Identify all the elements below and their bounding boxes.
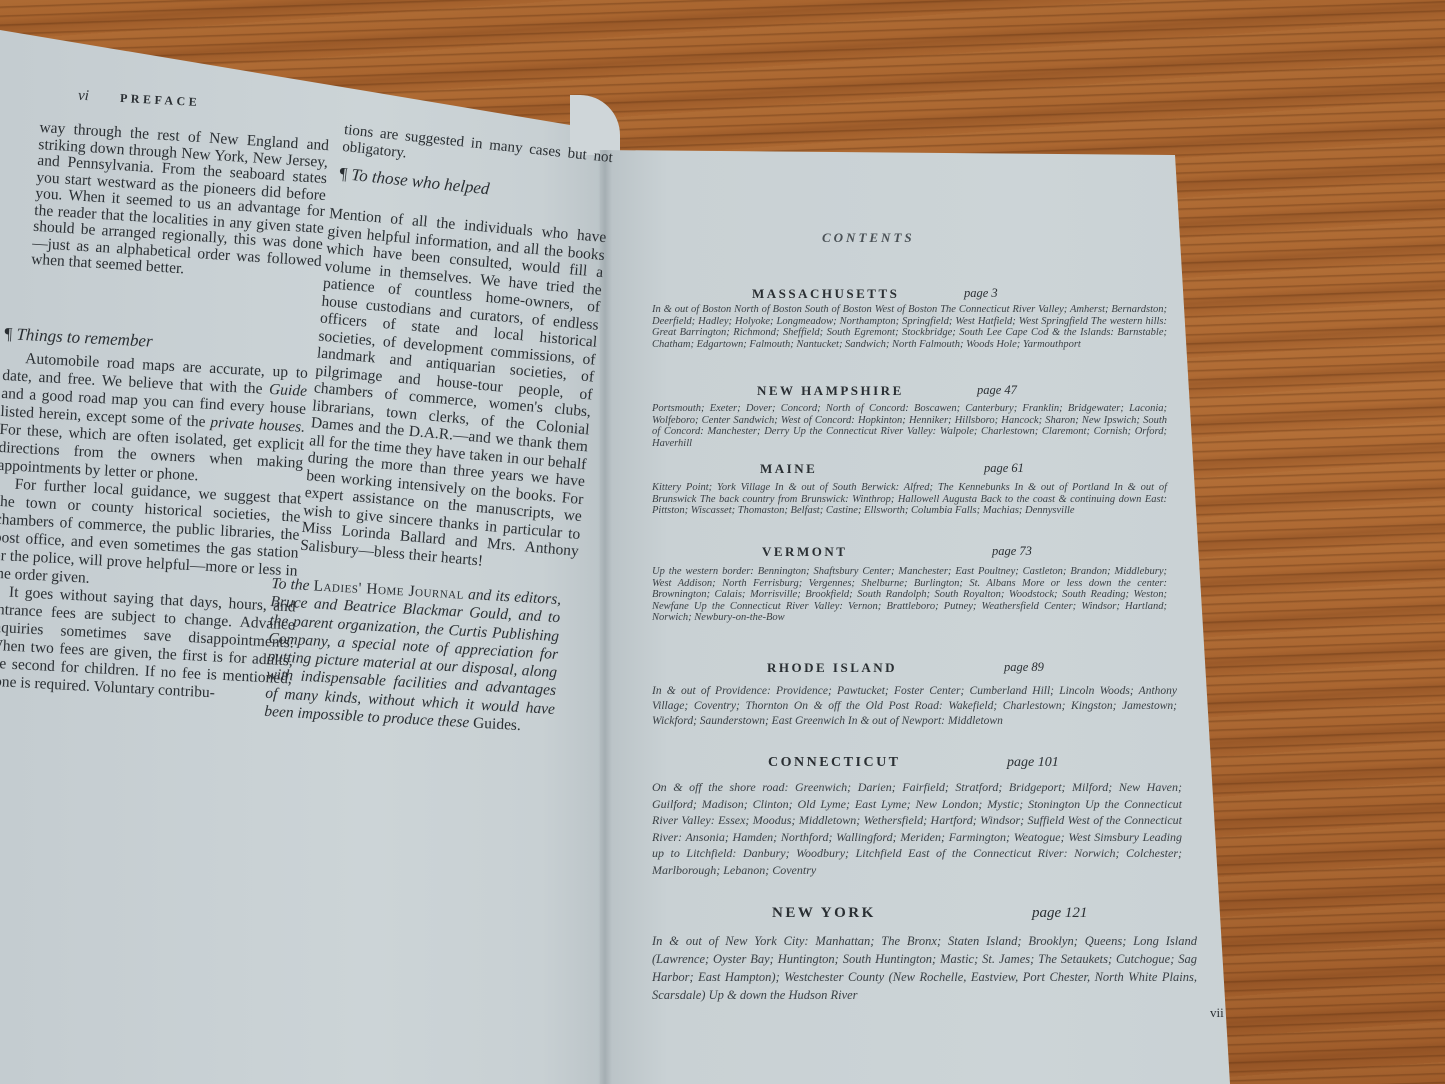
- paragraph-local-guidance: For further local guidance, we suggest t…: [0, 475, 302, 599]
- contents-title: CONTENTS: [822, 230, 915, 246]
- ladies-home-journal-paragraph: To the Ladies' Home Journal and its edit…: [264, 575, 562, 737]
- things-to-remember-section: ¶ Things to remember Automobile road map…: [0, 325, 310, 706]
- toc-entries-new-hampshire: Portsmouth; Exeter; Dover; Concord; Nort…: [652, 403, 1167, 449]
- toc-entries-maine: Kittery Point; York Village In & out of …: [652, 482, 1167, 517]
- preface-paragraph: way through the rest of New England and …: [31, 120, 330, 286]
- right-page-number: vii: [1210, 1005, 1224, 1021]
- preface-column-1-top: way through the rest of New England and …: [31, 120, 330, 286]
- toc-entries-rhode-island: In & out of Providence: Providence; Pawt…: [652, 684, 1177, 729]
- toc-entries-vermont: Up the western border: Bennington; Shaft…: [652, 566, 1167, 624]
- paragraph-road-maps: Automobile road maps are accurate, up to…: [0, 349, 308, 491]
- toc-entries-massachusetts: In & out of Boston North of Boston South…: [652, 304, 1167, 350]
- toc-entries-new-york: In & out of New York City: Manhattan; Th…: [652, 932, 1197, 1004]
- pilcrow-icon: ¶: [4, 324, 17, 344]
- paragraph-fees: It goes without saying that days, hours,…: [0, 583, 296, 707]
- acknowledgements-paragraph: Mention of all the individuals who have …: [299, 205, 606, 578]
- left-page-number: vi: [78, 88, 90, 106]
- toc-entries-connecticut: On & off the shore road: Greenwich; Dari…: [652, 779, 1182, 878]
